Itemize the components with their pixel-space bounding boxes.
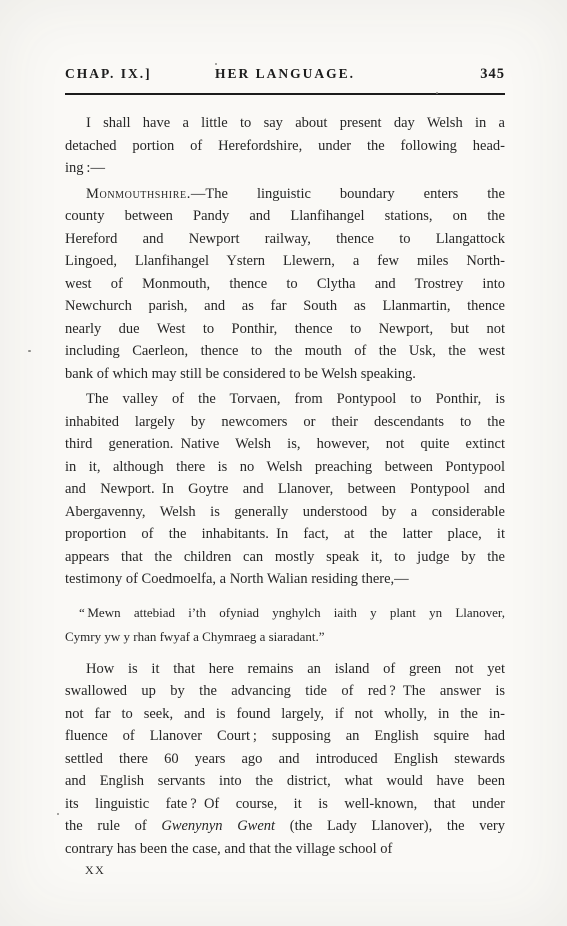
text-line: third generation. Native Welsh is, howev…: [65, 433, 505, 456]
text-line: nearly due West to Ponthir, thence to Ne…: [65, 318, 505, 341]
quote-paragraph: “ Mewn attebiad i’th ofyniad ynghylch ia…: [65, 601, 505, 649]
book-page: CHAP. IX.] HER LANGUAGE. 345 I shall hav…: [0, 0, 567, 926]
text-line: settled there 60 years ago and introduce…: [65, 748, 505, 771]
text-line: Hereford and Newport railway, thence to …: [65, 228, 505, 251]
running-header: CHAP. IX.] HER LANGUAGE. 345: [65, 66, 505, 83]
italic-text: Gwenynyn Gwent: [161, 818, 275, 834]
text-line: contrary has been the case, and that the…: [65, 838, 505, 861]
text-line: detached portion of Herefordshire, under…: [65, 135, 505, 158]
text-line: testimony of Coedmoelfa, a North Walian …: [65, 568, 505, 591]
text-line: in it, although there is no Welsh preach…: [65, 456, 505, 479]
scan-speck: [28, 350, 31, 352]
text-line: appears that the children can mostly spe…: [65, 546, 505, 569]
text-line: west of Monmouth, thence to Clytha and T…: [65, 273, 505, 296]
page-content: CHAP. IX.] HER LANGUAGE. 345 I shall hav…: [0, 0, 567, 878]
text-line: its linguistic fate ? Of course, it is w…: [65, 793, 505, 816]
small-caps-text: Monmouthshire.: [86, 186, 191, 202]
text-line: and Newport. In Goytre and Llanover, bet…: [65, 478, 505, 501]
paragraph: Monmouthshire.—The linguistic boundary e…: [65, 183, 505, 386]
text-line: swallowed up by the advancing tide of re…: [65, 680, 505, 703]
text-line: proportion of the inhabitants. In fact, …: [65, 523, 505, 546]
running-title: HER LANGUAGE.: [215, 66, 355, 82]
paragraph: I shall have a little to say about prese…: [65, 112, 505, 180]
chapter-label: CHAP. IX.]: [65, 66, 215, 82]
text-line: How is it that here remains an island of…: [65, 658, 505, 681]
text-line: the rule of Gwenynyn Gwent (the Lady Lla…: [65, 815, 505, 838]
text-line: I shall have a little to say about prese…: [65, 112, 505, 135]
text-line: “ Mewn attebiad i’th ofyniad ynghylch ia…: [65, 601, 505, 625]
text-line: Monmouthshire.—The linguistic boundary e…: [65, 183, 505, 206]
text-line: including Caerleon, thence to the mouth …: [65, 340, 505, 363]
header-rule: [65, 93, 505, 95]
printer-signature: XX: [85, 863, 505, 878]
text-line: Cymry yw y rhan fwyaf a Chymraeg a siara…: [65, 625, 505, 649]
page-number: 345: [355, 66, 505, 83]
paragraph: The valley of the Torvaen, from Pontypoo…: [65, 388, 505, 591]
text-line: and English servants into the district, …: [65, 770, 505, 793]
text-line: Lingoed, Llanfihangel Ystern Llewern, a …: [65, 250, 505, 273]
text-line: Newchurch parish, and as far South as Ll…: [65, 295, 505, 318]
scan-speck: [57, 813, 59, 815]
text-line: inhabited largely by newcomers or their …: [65, 411, 505, 434]
text-line: The valley of the Torvaen, from Pontypoo…: [65, 388, 505, 411]
text-line: county between Pandy and Llanfihangel st…: [65, 205, 505, 228]
text-line: fluence of Llanover Court ; supposing an…: [65, 725, 505, 748]
text-line: Abergavenny, Welsh is generally understo…: [65, 501, 505, 524]
scan-speck: [215, 63, 217, 65]
text-line: bank of which may still be considered to…: [65, 363, 505, 386]
scan-speck: [436, 92, 438, 94]
paragraph: How is it that here remains an island of…: [65, 658, 505, 861]
text-line: not far to seek, and is found largely, i…: [65, 703, 505, 726]
text-line: ing :—: [65, 157, 505, 180]
text-block: I shall have a little to say about prese…: [65, 112, 505, 860]
